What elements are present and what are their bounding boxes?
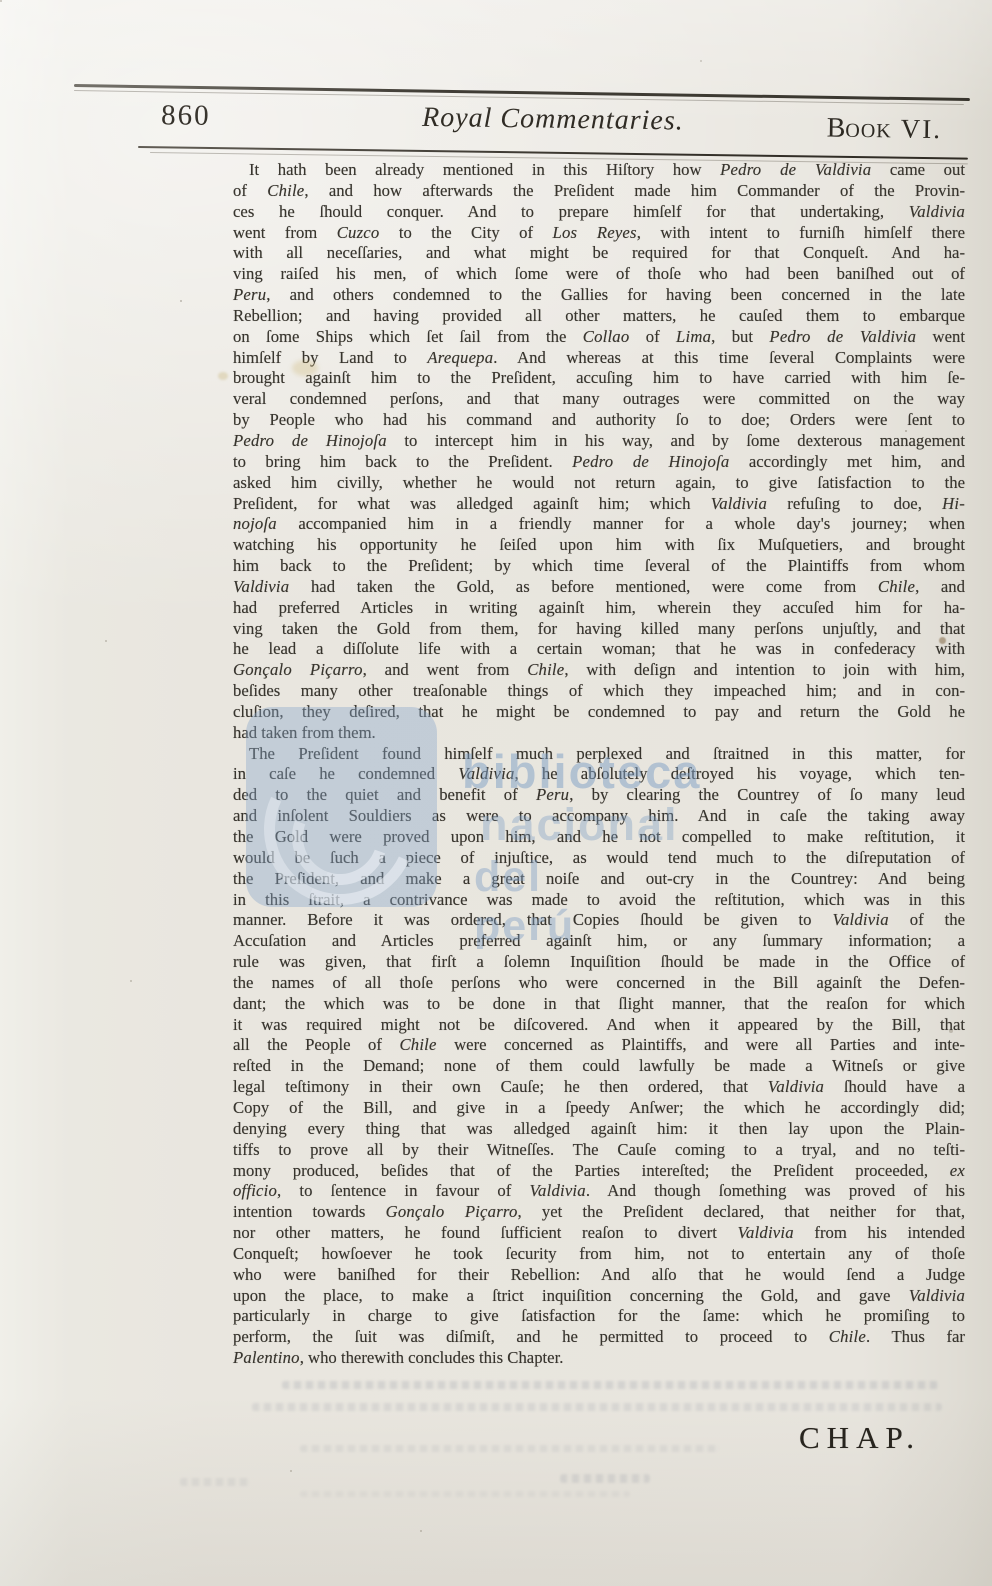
text-line: veral condemned perſons, and that many o… (233, 389, 965, 410)
book-label: BOOKVI. (826, 112, 942, 146)
book-smallcaps: OOK (845, 120, 892, 143)
scanned-book-page: 860 Royal Commentaries. BOOKVI. It hath … (0, 0, 992, 1586)
text-line: Copy of the Bill, and give in a ſpeedy A… (233, 1098, 965, 1119)
text-line: Valdivia had taken the Gold, as before m… (233, 577, 965, 598)
page-number: 860 (161, 99, 211, 133)
text-line: the Gold were proved upon him, and he no… (233, 827, 965, 848)
text-line: Rebellion; and having provided all other… (233, 306, 965, 327)
ink-bleedthrough (180, 1478, 250, 1486)
text-line: Pedro de Hinojoſa to intercept him in hi… (233, 431, 965, 452)
text-line: intention towards Gonçalo Piçarro, yet t… (233, 1202, 965, 1223)
paper-stain (218, 372, 228, 380)
text-line: in caſe he condemned Valdivia, he abſolu… (233, 764, 965, 785)
text-line: it was required might not be diſcovered.… (233, 1015, 965, 1036)
text-line: Palentino, who therewith concludes this … (233, 1348, 965, 1369)
text-line: would be ſuch a piece of injuſtice, as w… (233, 848, 965, 869)
ink-bleedthrough (300, 1445, 720, 1452)
text-line: tiffs to prove all by their Witneſſes. T… (233, 1140, 965, 1161)
book-initial: B (826, 112, 845, 143)
text-line: the names of all thoſe perſons who were … (233, 973, 965, 994)
text-line: who were baniſhed for their Rebellion: A… (233, 1265, 965, 1286)
text-line: The Preſident found himſelf much perplex… (233, 744, 965, 765)
text-line: particularly in charge to give ſatisfact… (233, 1306, 965, 1327)
text-line: of Chile, and how afterwards the Preſide… (233, 181, 965, 202)
text-line: perform, the ſuit was diſmiſt, and he pe… (233, 1327, 965, 1348)
text-line: on ſome Ships which ſet ſail from the Co… (233, 327, 965, 348)
text-line: and inſolent Souldiers as were to accomp… (233, 806, 965, 827)
body-text: It hath been already mentioned in this H… (233, 160, 965, 1369)
text-line: went from Cuzco to the City of Los Reyes… (233, 223, 965, 244)
ink-bleedthrough (560, 1474, 650, 1483)
text-line: asked him civilly, whether he would not … (233, 473, 965, 494)
text-line: he lead a diſſolute life with a certain … (233, 639, 965, 660)
ink-bleedthrough (252, 1403, 942, 1411)
text-line: nor other matters, he found ſufficient r… (233, 1223, 965, 1244)
text-line: rule was given, that firſt a ſolemn Inqu… (233, 952, 965, 973)
text-line: him back to the Preſident; by which time… (233, 556, 965, 577)
text-line: the Preſident, and make a great noiſe an… (233, 869, 965, 890)
text-line: nojoſa accompanied him in a friendly man… (233, 514, 965, 535)
text-line: beſides many other treaſonable things of… (233, 681, 965, 702)
text-line: brought againſt him to the Preſident, ac… (233, 368, 965, 389)
text-line: Accuſation and Articles preferred againſ… (233, 931, 965, 952)
text-line: himſelf by Land to Arequepa. And whereas… (233, 348, 965, 369)
chapter-heading: CHAP. (799, 1420, 921, 1456)
text-line: all the People of Chile were concerned a… (233, 1035, 965, 1056)
ink-bleedthrough (282, 1381, 938, 1389)
text-line: mony produced, beſides that of the Parti… (233, 1161, 965, 1182)
text-line: legal teſtimony in their own Cauſe; he t… (233, 1077, 965, 1098)
text-line: watching his opportunity he ſeiſed upon … (233, 535, 965, 556)
text-line: cluſion, they deſired, that he might be … (233, 702, 965, 723)
text-line: Preſident, for what was alledged againſt… (233, 494, 965, 515)
text-line: by People who had his command and author… (233, 410, 965, 431)
page-header: 860 Royal Commentaries. BOOKVI. (75, 94, 971, 161)
text-line: ving raiſed his men, of which ſome were … (233, 264, 965, 285)
text-line: Peru, and others condemned to the Gallie… (233, 285, 965, 306)
text-line: had taken from them. (233, 723, 965, 744)
running-title: Royal Commentaries. (422, 102, 684, 138)
text-line: ving taken the Gold from them, for havin… (233, 619, 965, 640)
paragraph: The Preſident found himſelf much perplex… (233, 744, 965, 1369)
text-line: Conqueſt; howſoever he took ſecurity fro… (233, 1244, 965, 1265)
text-line: It hath been already mentioned in this H… (233, 160, 965, 181)
text-line: in this ſtrait, a contrivance was made t… (233, 890, 965, 911)
ink-bleedthrough (300, 1491, 630, 1497)
text-line: had preferred Articles in writing againſ… (233, 598, 965, 619)
text-line: ces he ſhould conquer. And to prepare hi… (233, 202, 965, 223)
text-line: manner. Before it was ordered, that Copi… (233, 910, 965, 931)
paper-specks (0, 0, 2, 2)
text-line: reſted in the Demand; none of them could… (233, 1056, 965, 1077)
text-line: dant; the which was to be done in that ſ… (233, 994, 965, 1015)
text-line: with all neceſſaries, and what might be … (233, 243, 965, 264)
paragraph: It hath been already mentioned in this H… (233, 160, 965, 744)
text-line: denying every thing that was alledged ag… (233, 1119, 965, 1140)
text-line: officio, to ſentence in favour of Valdiv… (233, 1181, 965, 1202)
text-line: Gonçalo Piçarro, and went from Chile, wi… (233, 660, 965, 681)
text-line: ded to the quiet and benefit of Peru, by… (233, 785, 965, 806)
book-numeral: VI. (901, 114, 943, 145)
text-line: upon the place, to make a ſtrict inquiſi… (233, 1286, 965, 1307)
text-line: to bring him back to the Preſident. Pedr… (233, 452, 965, 473)
